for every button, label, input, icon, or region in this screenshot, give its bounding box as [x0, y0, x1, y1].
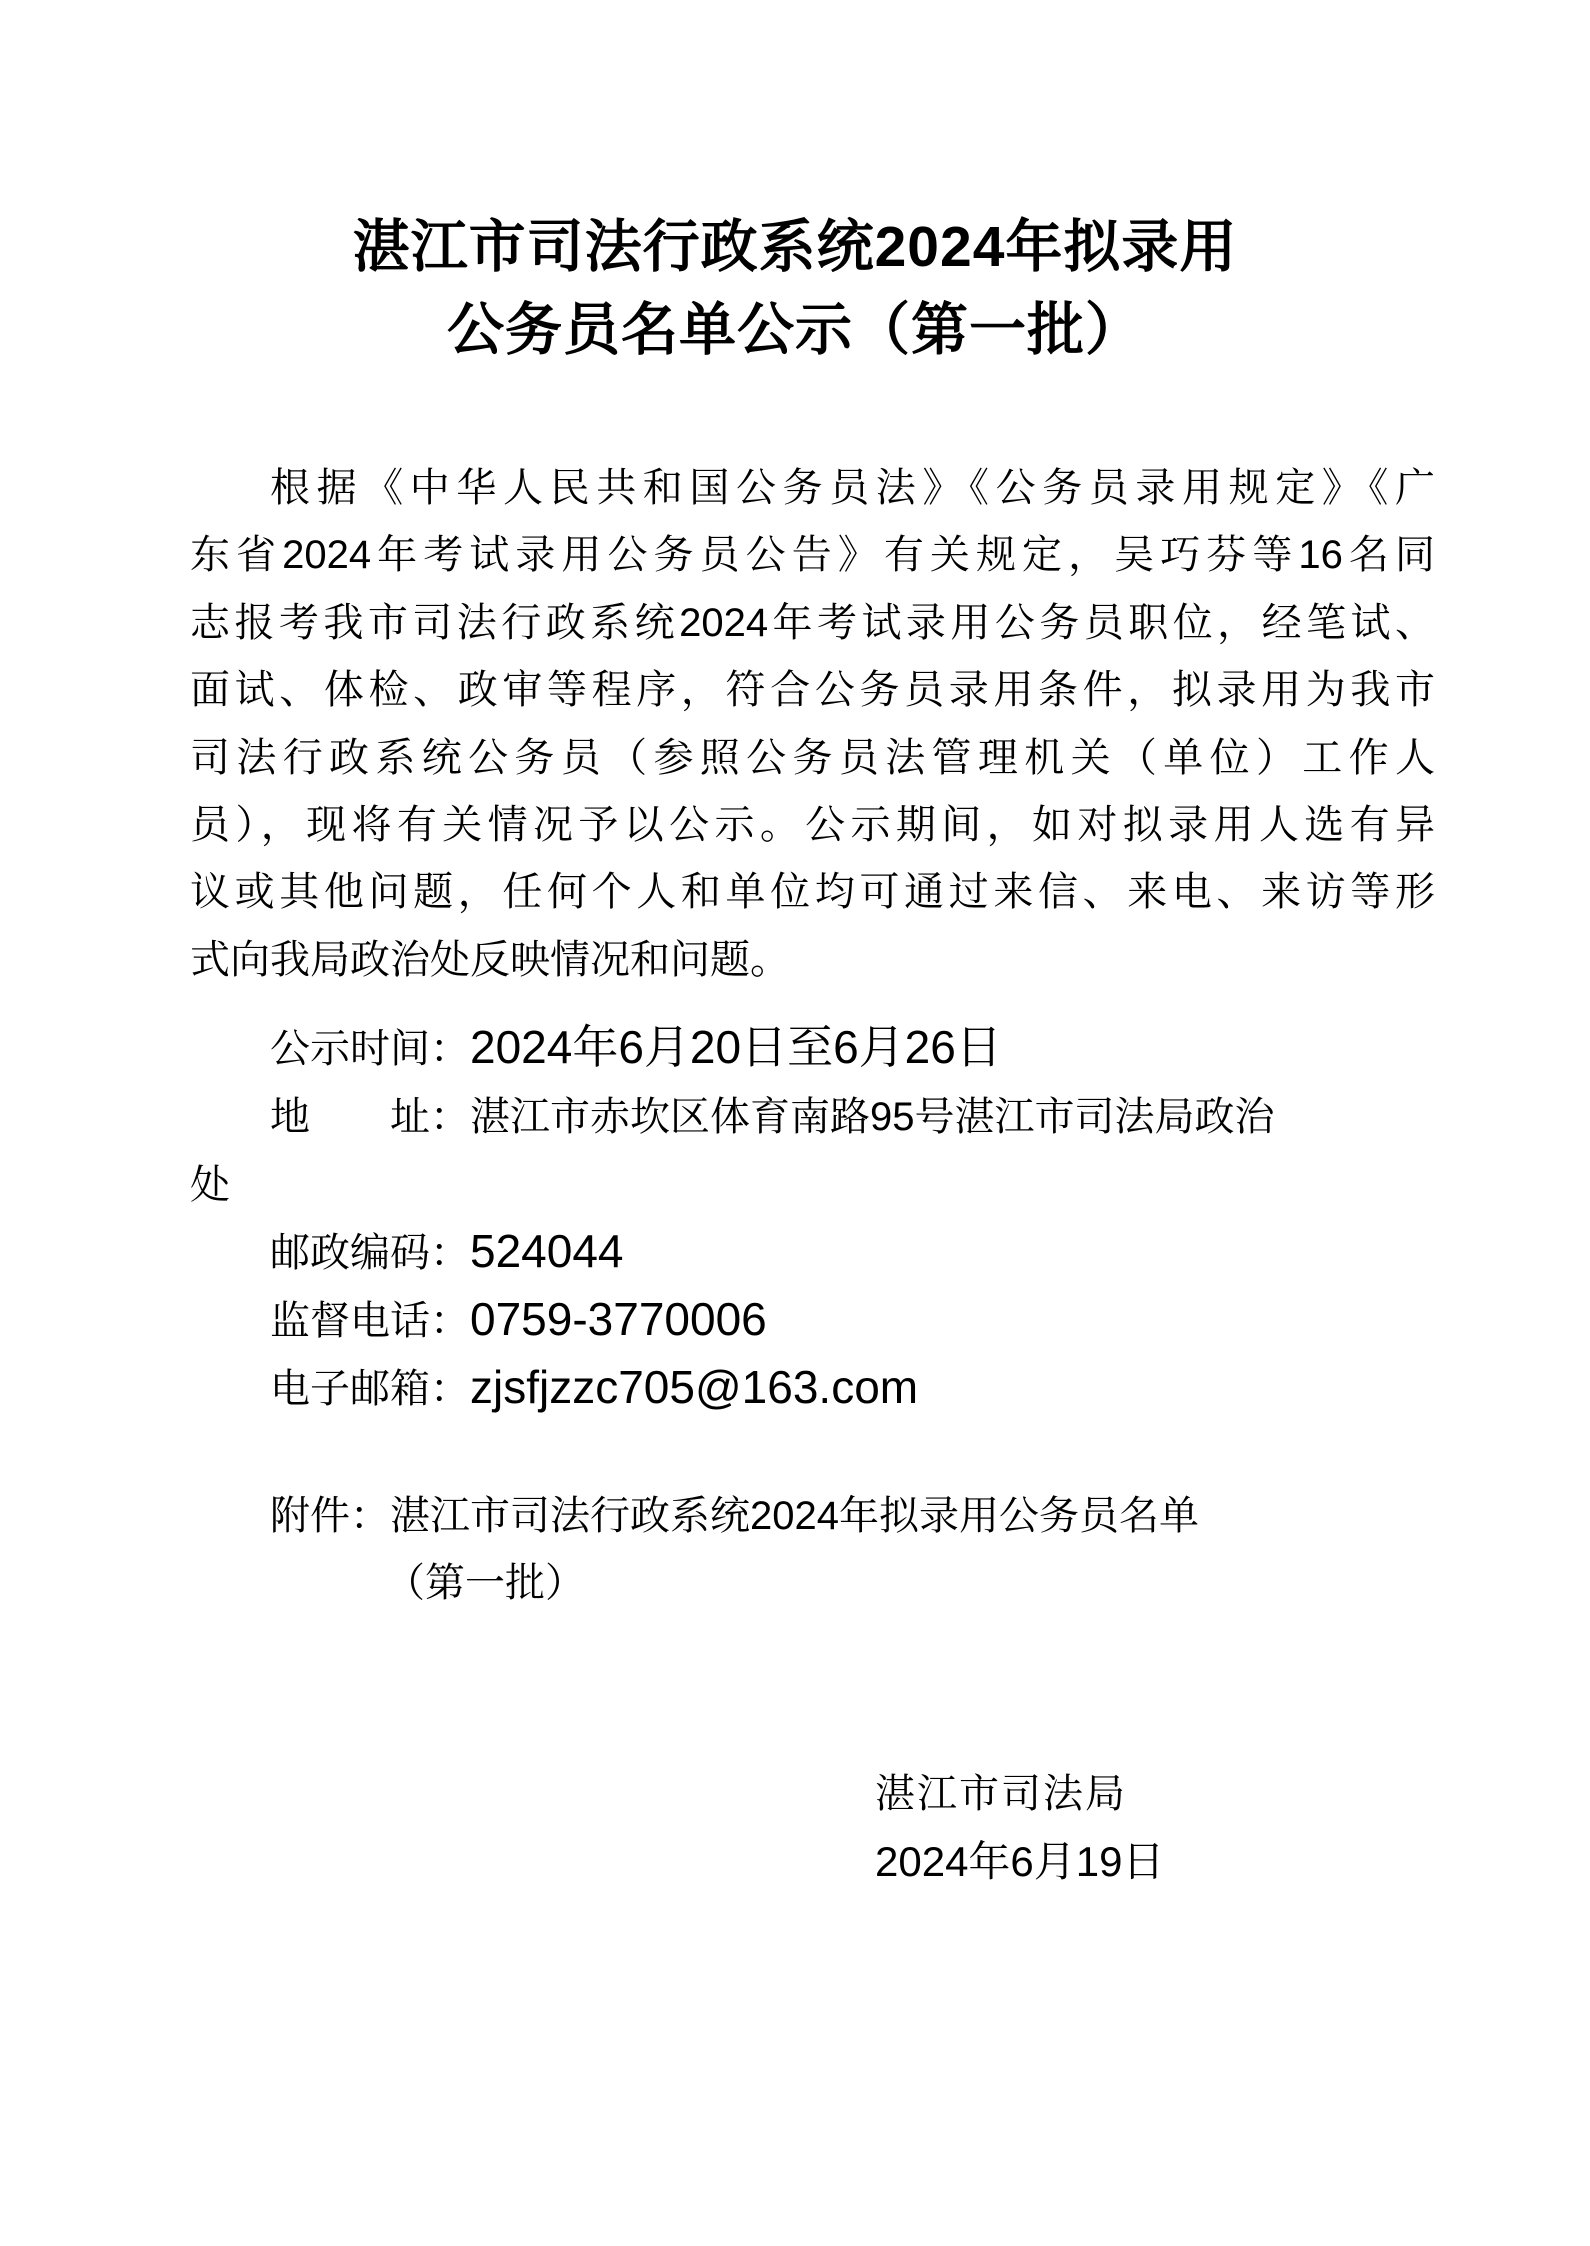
paragraph-line: 志报考我市司法行政系统2024年考试录用公务员职位，经笔试、 — [190, 590, 1435, 657]
attachment-title: 湛江市司法行政系统2024年拟录用公务员名单 — [390, 1494, 1199, 1538]
paragraph-line: 根据《中华人民共和国公务员法》《公务员录用规定》《广 — [190, 455, 1435, 522]
address-label: 地址 — [270, 1083, 430, 1151]
supervision-phone-value: 0759-3770006 — [470, 1293, 767, 1345]
document-page: 湛江市司法行政系统2024年拟录用 公务员名单公示（第一批） 根据《中华人民共和… — [0, 0, 1590, 2246]
attachment-section: 附件：湛江市司法行政系统2024年拟录用公务员名单 （第一批） — [270, 1483, 1435, 1617]
colon: ： — [430, 1231, 470, 1275]
body-paragraph: 根据《中华人民共和国公务员法》《公务员录用规定》《广 东省2024年考试录用公务… — [190, 455, 1435, 994]
paragraph-line: 式向我局政治处反映情况和问题。 — [190, 927, 1435, 994]
paragraph-line: 司法行政系统公务员（参照公务员法管理机关（单位）工作人 — [190, 725, 1435, 792]
paragraph-line: 议或其他问题，任何个人和单位均可通过来信、来电、来访等形 — [190, 859, 1435, 926]
colon: ： — [350, 1494, 390, 1538]
colon: ： — [430, 1367, 470, 1411]
document-title-line2: 公务员名单公示（第一批） — [0, 289, 1590, 372]
contact-details: 公示时间：2024年6月20日至6月26日 地址：湛江市赤坎区体育南路95号湛江… — [190, 1015, 1435, 1423]
paragraph-line: 员），现将有关情况予以公示。公示期间，如对拟录用人选有异 — [190, 792, 1435, 859]
colon: ： — [430, 1095, 470, 1139]
signature-block: 湛江市司法局 2024年6月19日 — [875, 1761, 1165, 1895]
email-line: 电子邮箱：zjsfjzzc705@163.com — [190, 1355, 1435, 1423]
signature-organization: 湛江市司法局 — [875, 1761, 1165, 1828]
colon: ： — [430, 1027, 470, 1071]
attachment-label: 附件 — [270, 1494, 350, 1538]
publicity-period-value: 2024年6月20日至6月26日 — [470, 1021, 1002, 1073]
attachment-line2: （第一批） — [270, 1550, 1435, 1617]
email-label: 电子邮箱 — [270, 1355, 430, 1423]
paragraph-line: 东省2024年考试录用公务员公告》有关规定，吴巧芬等16名同 — [190, 522, 1435, 589]
postal-code-line: 邮政编码：524044 — [190, 1219, 1435, 1287]
paragraph-line: 面试、体检、政审等程序，符合公务员录用条件，拟录用为我市 — [190, 657, 1435, 724]
attachment-line1: 附件：湛江市司法行政系统2024年拟录用公务员名单 — [270, 1483, 1435, 1550]
supervision-phone-line: 监督电话：0759-3770006 — [190, 1287, 1435, 1355]
colon: ： — [430, 1299, 470, 1343]
address-value: 湛江市赤坎区体育南路95号湛江市司法局政治 — [470, 1095, 1275, 1139]
address-value-continued: 处 — [190, 1163, 230, 1207]
postal-code-label: 邮政编码 — [270, 1219, 430, 1287]
email-value: zjsfjzzc705@163.com — [470, 1361, 918, 1413]
publicity-period-label: 公示时间 — [270, 1015, 430, 1083]
publicity-period-line: 公示时间：2024年6月20日至6月26日 — [190, 1015, 1435, 1083]
document-title: 湛江市司法行政系统2024年拟录用 公务员名单公示（第一批） — [0, 206, 1590, 372]
postal-code-value: 524044 — [470, 1225, 624, 1277]
address-line: 地址：湛江市赤坎区体育南路95号湛江市司法局政治 — [190, 1083, 1435, 1151]
signature-date: 2024年6月19日 — [875, 1828, 1165, 1895]
address-line-wrap: 处 — [190, 1151, 1435, 1219]
supervision-phone-label: 监督电话 — [270, 1287, 430, 1355]
document-title-line1: 湛江市司法行政系统2024年拟录用 — [0, 206, 1590, 289]
